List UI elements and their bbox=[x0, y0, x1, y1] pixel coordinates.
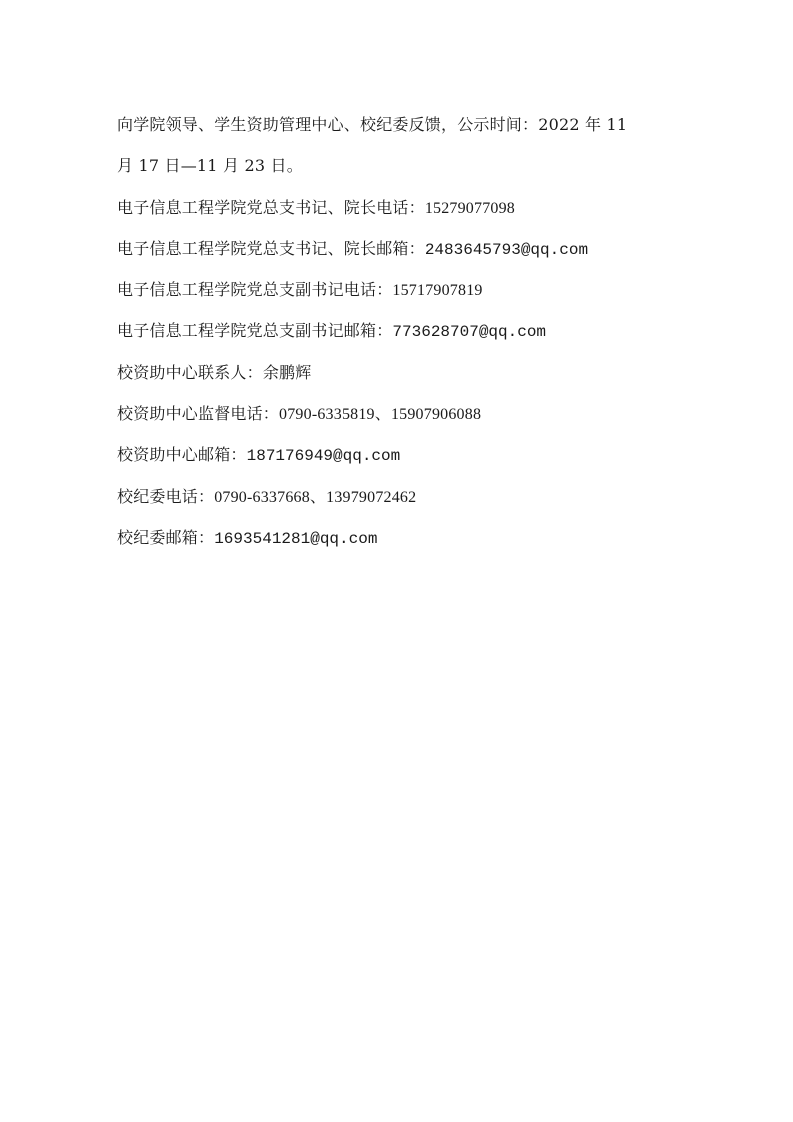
contact-line-discipline-email: 校纪委邮箱：1693541281@qq.com bbox=[117, 517, 687, 558]
contact-label: 校纪委邮箱： bbox=[117, 528, 214, 547]
contact-line-aid-center-email: 校资助中心邮箱：187176949@qq.com bbox=[117, 434, 687, 475]
contact-label: 电子信息工程学院党总支书记、院长电话： bbox=[117, 198, 425, 217]
contact-label: 校资助中心联系人： bbox=[117, 363, 263, 382]
contact-line-aid-center-person: 校资助中心联系人：余鹏辉 bbox=[117, 352, 687, 393]
contact-line-dean-email: 电子信息工程学院党总支书记、院长邮箱：2483645793@qq.com bbox=[117, 228, 687, 269]
contact-line-deputy-phone: 电子信息工程学院党总支副书记电话：15717907819 bbox=[117, 269, 687, 310]
contact-email: 1693541281@qq.com bbox=[214, 530, 377, 548]
contact-line-dean-phone: 电子信息工程学院党总支书记、院长电话：15279077098 bbox=[117, 187, 687, 228]
contact-value: 15717907819 bbox=[392, 282, 482, 299]
contact-label: 校纪委电话： bbox=[117, 487, 214, 506]
contact-value: 0790-6337668、13979072462 bbox=[214, 489, 416, 506]
contact-value: 余鹏辉 bbox=[263, 363, 312, 382]
contact-label: 校资助中心监督电话： bbox=[117, 404, 279, 423]
contact-email: 2483645793@qq.com bbox=[425, 241, 588, 259]
notice-text: 向学院领导、学生资助管理中心、校纪委反馈，公示时间：2022 年 11 bbox=[117, 115, 627, 134]
contact-label: 电子信息工程学院党总支书记、院长邮箱： bbox=[117, 239, 425, 258]
notice-paragraph-line-2: 月 17 日—11 月 23 日。 bbox=[117, 145, 687, 186]
contact-label: 电子信息工程学院党总支副书记电话： bbox=[117, 280, 392, 299]
contact-value: 15279077098 bbox=[425, 200, 515, 217]
contact-line-discipline-phone: 校纪委电话：0790-6337668、13979072462 bbox=[117, 476, 687, 517]
contact-line-deputy-email: 电子信息工程学院党总支副书记邮箱：773628707@qq.com bbox=[117, 310, 687, 351]
contact-label: 校资助中心邮箱： bbox=[117, 445, 247, 464]
document-body: 向学院领导、学生资助管理中心、校纪委反馈，公示时间：2022 年 11 月 17… bbox=[117, 104, 687, 558]
document-page: 向学院领导、学生资助管理中心、校纪委反馈，公示时间：2022 年 11 月 17… bbox=[0, 0, 793, 1122]
publicity-period-text: 月 17 日—11 月 23 日。 bbox=[117, 156, 303, 175]
contact-email: 773628707@qq.com bbox=[392, 323, 546, 341]
contact-value: 0790-6335819、15907906088 bbox=[279, 406, 481, 423]
notice-paragraph-line-1: 向学院领导、学生资助管理中心、校纪委反馈，公示时间：2022 年 11 bbox=[117, 104, 687, 145]
contact-label: 电子信息工程学院党总支副书记邮箱： bbox=[117, 321, 392, 340]
contact-line-aid-center-phone: 校资助中心监督电话：0790-6335819、15907906088 bbox=[117, 393, 687, 434]
contact-email: 187176949@qq.com bbox=[247, 447, 401, 465]
